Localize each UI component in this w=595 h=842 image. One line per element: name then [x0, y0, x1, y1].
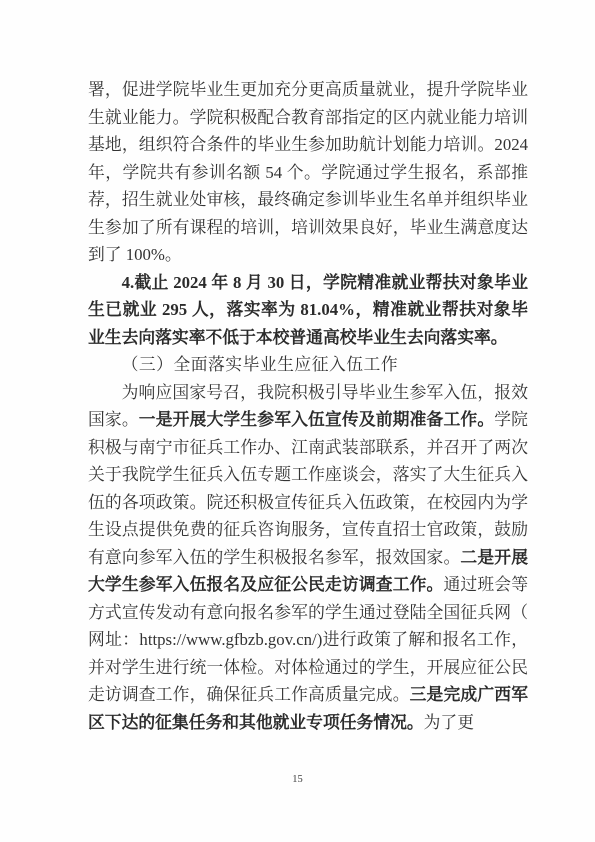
document-body: 署，促进学院毕业生更加充分更高质量就业，提升学院毕业生就业能力。学院积极配合教育…: [88, 76, 528, 736]
text-run: 为了更: [424, 713, 474, 732]
text-run: 学院积极与南宁市征兵工作办、江南武装部联系，并召开了两次关于我院学生征兵入伍专题…: [88, 410, 528, 567]
paragraph-employment-training: 署，促进学院毕业生更加充分更高质量就业，提升学院毕业生就业能力。学院积极配合教育…: [88, 76, 528, 269]
section-heading-enlistment: （三）全面落实毕业生应征入伍工作: [88, 351, 528, 379]
bold-text-run: 一是开展大学生参军入伍宣传及前期准备工作。: [139, 410, 494, 429]
text-run: 署，促进学院毕业生更加充分更高质量就业，提升学院毕业生就业能力。学院积极配合教育…: [88, 80, 528, 264]
document-page: 署，促进学院毕业生更加充分更高质量就业，提升学院毕业生就业能力。学院积极配合教育…: [0, 0, 595, 842]
text-run: （三）全面落实毕业生应征入伍工作: [122, 355, 399, 374]
paragraph-enlistment-work: 为响应国家号召，我院积极引导毕业生参军入伍，报效国家。一是开展大学生参军入伍宣传…: [88, 379, 528, 737]
page-number: 15: [0, 774, 595, 785]
paragraph-targeted-assistance-summary: 4.截止 2024 年 8 月 30 日，学院精准就业帮扶对象毕业生已就业 29…: [88, 269, 528, 352]
bold-text-run: 4.截止 2024 年 8 月 30 日，学院精准就业帮扶对象毕业生已就业 29…: [88, 273, 528, 347]
